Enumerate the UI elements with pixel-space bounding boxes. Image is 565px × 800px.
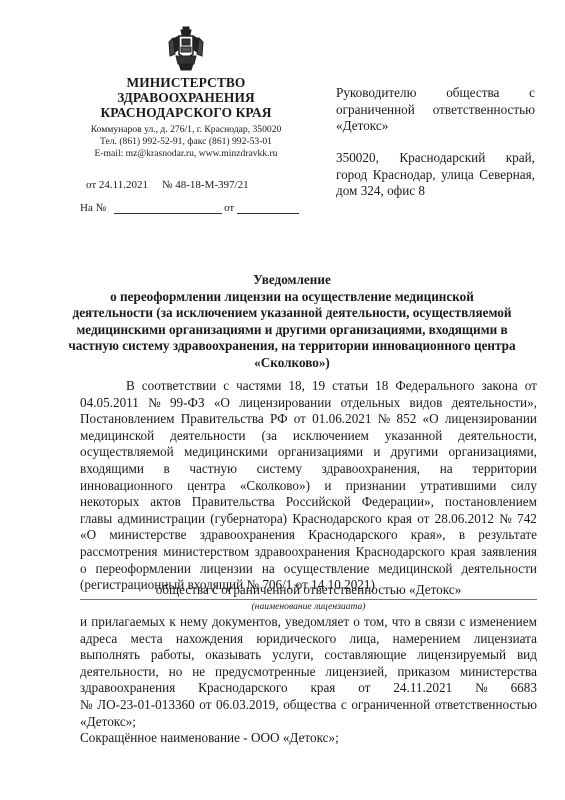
word: Федерации»,: [362, 494, 434, 511]
word: №: [499, 511, 512, 528]
recipient-block: Руководителю общества с ограниченной отв…: [336, 85, 535, 135]
text-line: Всоответствиисчастями18,19статьи18Федера…: [80, 378, 537, 395]
word: город: [336, 167, 367, 184]
word: 742: [517, 511, 537, 528]
word: Правительства: [181, 411, 264, 428]
text-line: рассмотренияминистерствомздравоохранения…: [80, 544, 537, 561]
word: дом 324, офис 8: [336, 183, 425, 198]
word: Краснодарского: [292, 511, 381, 528]
word: прилагаемых: [91, 614, 165, 631]
word: №: [475, 680, 488, 697]
word: лицензиата: [474, 631, 537, 648]
word: с: [529, 85, 535, 102]
body-paragraph-2: иприлагаемыхкнемудокументов,уведомляетот…: [80, 614, 537, 747]
word: не: [192, 664, 205, 681]
word: систему: [257, 461, 302, 478]
ministry-line: ЗДРАВООХРАНЕНИЯ: [62, 91, 310, 106]
word: о: [353, 614, 360, 631]
word: Краснодарского: [356, 544, 445, 561]
word: ЛО-23-01-013360: [97, 697, 195, 714]
word: услуги,: [272, 647, 313, 664]
word: 99-ФЗ: [170, 395, 205, 412]
word: «О: [214, 395, 230, 412]
word: главы: [80, 511, 112, 528]
word: (за: [262, 428, 277, 445]
word: Краснодарский: [399, 150, 485, 167]
word: здравоохранения,: [322, 461, 421, 478]
word: улица: [441, 167, 474, 184]
word: Правительства: [192, 494, 275, 511]
text-line: здравоохраненияКраснодарскогокраяот24.11…: [80, 680, 537, 697]
word: места: [130, 631, 162, 648]
text-line: адресаместанахожденияюридическоголица,на…: [80, 631, 537, 648]
word: рассмотрения: [80, 544, 157, 561]
word: от: [294, 411, 306, 428]
outgoing-date: от 24.11.2021: [86, 179, 148, 191]
word: отдельных: [341, 395, 401, 412]
recipient-line: Руководителю общества с: [336, 85, 535, 102]
word: лицензируемый: [417, 647, 506, 664]
title-line: «Сколково»): [62, 355, 522, 372]
word: деятельности: [461, 561, 537, 578]
address-line: 350020, Краснодарский край,: [336, 150, 535, 167]
word: частную: [189, 461, 237, 478]
word: 28.06.2012: [435, 511, 494, 528]
word: ограниченной: [336, 102, 415, 119]
ministry-name: МИНИСТЕРСТВО ЗДРАВООХРАНЕНИЯ КРАСНОДАРСК…: [62, 76, 310, 120]
word: с: [459, 614, 465, 631]
word: лицензией,: [325, 664, 387, 681]
word: Сокращённое наименование - ООО «Детокс»;: [80, 730, 339, 747]
title-line: медицинскими организациями и другими орг…: [62, 322, 522, 339]
word: связи: [425, 614, 455, 631]
word: инновационного: [80, 478, 173, 495]
text-line: ПостановлениемПравительстваРФот01.06.202…: [80, 411, 537, 428]
word: администрации: [118, 511, 205, 528]
word: изменением: [469, 614, 537, 631]
text-line: деятельности,нонепредусмотренныелицензие…: [80, 664, 537, 681]
word: здравоохранения: [255, 544, 350, 561]
word: ограниченной: [351, 697, 430, 714]
word: с: [341, 697, 347, 714]
word: 19: [312, 378, 325, 395]
word: 01.06.2021: [312, 411, 371, 428]
body-paragraph-1: Всоответствиисчастями18,19статьи18Федера…: [80, 378, 537, 594]
word: 350020,: [336, 150, 379, 167]
word: края: [310, 680, 335, 697]
text-line: «ОминистерствездравоохраненияКраснодарск…: [80, 527, 537, 544]
word: края»,: [411, 527, 446, 544]
text-line: входящимивчастнуюсистемуздравоохранения,…: [80, 461, 537, 478]
word: от: [199, 697, 211, 714]
word: здравоохранения: [200, 527, 295, 544]
word: медицинской: [80, 428, 154, 445]
word: территории: [472, 461, 537, 478]
word: ответственностью: [433, 102, 535, 119]
notice-heading: Уведомление: [62, 272, 522, 289]
company-name: «Детокс»: [336, 118, 388, 133]
word: нему: [180, 614, 208, 631]
word: деятельности»,: [452, 395, 537, 412]
word: признании: [346, 478, 406, 495]
word: исключением: [293, 428, 369, 445]
word: министерстве: [109, 527, 186, 544]
word: края: [387, 511, 412, 528]
word: 04.05.2011: [80, 395, 139, 412]
word: но: [169, 664, 183, 681]
address-line: город Краснодар, улица Северная,: [336, 167, 535, 184]
word: и: [80, 614, 87, 631]
word: министерства: [460, 664, 537, 681]
word: края: [451, 544, 476, 561]
word: указанной: [385, 428, 442, 445]
word: Постановлением: [80, 411, 175, 428]
title-line: о переоформлении лицензии на осуществлен…: [62, 289, 522, 306]
word: работы,: [151, 647, 195, 664]
word: постановлением: [445, 494, 537, 511]
word: лицензировании: [239, 395, 331, 412]
text-line: иприлагаемыхкнемудокументов,уведомляетот…: [80, 614, 537, 631]
word: Краснодарского: [198, 680, 287, 697]
ref-from-label: от: [224, 202, 234, 214]
title-line: деятельности (за исключением указанной д…: [62, 305, 522, 322]
ministry-contacts: Коммунаров ул., д. 276/1, г. Краснодар, …: [62, 124, 310, 160]
address-line: дом 324, офис 8: [336, 183, 535, 200]
word: уведомляет: [285, 614, 349, 631]
word: край,: [506, 150, 535, 167]
word: №: [80, 697, 93, 714]
word: организациями: [278, 444, 363, 461]
word: том,: [364, 614, 388, 631]
word: другими: [391, 444, 439, 461]
word: некоторых: [80, 494, 139, 511]
word: утратившими: [420, 478, 496, 495]
word: РФ: [270, 411, 288, 428]
word: здравоохранения: [80, 680, 175, 697]
word: Федерального: [395, 378, 474, 395]
text-line: Сокращённое наименование - ООО «Детокс»;: [80, 730, 537, 747]
word: статьи: [332, 378, 368, 395]
notice-title: Уведомление о переоформлении лицензии на…: [62, 272, 522, 372]
text-line: главыадминистрации(губернатора)Краснодар…: [80, 511, 537, 528]
word: Российской: [286, 494, 351, 511]
ref-date-blank: [237, 202, 299, 214]
text-line: №ЛО-23-01-013360от06.03.2019,обществасог…: [80, 697, 537, 714]
word: на: [440, 461, 453, 478]
recipient-address: 350020, Краснодарский край, город Красно…: [336, 150, 535, 200]
word: выполнять: [80, 647, 140, 664]
text-line: инновационногоцентра«Сколково»)ипризнани…: [80, 478, 537, 495]
word: в: [459, 527, 465, 544]
outgoing-reference: от 24.11.2021№ 48-18-М-397/21: [86, 179, 249, 191]
word: соответствии: [142, 378, 217, 395]
word: частями: [236, 378, 281, 395]
title-line: частную систему здравоохранения, на терр…: [62, 338, 522, 355]
word: медицинскими: [184, 444, 268, 461]
word: общества: [446, 85, 499, 102]
word: лицензии: [200, 561, 253, 578]
word: В: [126, 378, 135, 395]
word: и: [324, 478, 331, 495]
phone-line: Тел. (861) 992-52-91, факс (861) 992-53-…: [62, 136, 310, 148]
word: переоформлении: [96, 561, 191, 578]
word: адреса: [80, 631, 117, 648]
word: деятельности: [170, 428, 246, 445]
word: Краснодарского: [308, 527, 397, 544]
word: «Детокс»;: [80, 714, 136, 731]
word: на: [262, 561, 275, 578]
word: Руководителю: [336, 85, 416, 102]
word: 6683: [511, 680, 537, 697]
word: силу: [511, 478, 537, 495]
incoming-reference: На № от: [80, 202, 299, 214]
word: составляющие: [324, 647, 406, 664]
word: Краснодар,: [373, 167, 436, 184]
ministry-line: МИНИСТЕРСТВО: [62, 76, 310, 91]
word: в: [415, 614, 421, 631]
word: осуществляемой: [80, 444, 174, 461]
word: центра: [187, 478, 225, 495]
recipient-line: ограниченной ответственностью: [336, 102, 535, 119]
word: предусмотренные: [215, 664, 315, 681]
word: лица,: [350, 631, 380, 648]
word: 852: [397, 411, 417, 428]
licensee-name: общества с ограниченной ответственностью…: [80, 582, 537, 600]
word: деятельности,: [458, 428, 537, 445]
word: намерением: [393, 631, 461, 648]
ref-number-label: На №: [80, 202, 106, 214]
word: и: [373, 444, 380, 461]
word: №: [378, 411, 391, 428]
word: юридического: [256, 631, 336, 648]
word: от: [417, 511, 429, 528]
word: 06.03.2019,: [216, 697, 279, 714]
word: вид: [517, 647, 537, 664]
word: с: [223, 378, 229, 395]
word: 24.11.2021: [393, 680, 452, 697]
outgoing-number: № 48-18-М-397/21: [162, 179, 249, 191]
word: актов: [150, 494, 181, 511]
krasnodar-coat-of-arms-icon: [167, 26, 205, 72]
word: документов,: [212, 614, 281, 631]
word: от: [525, 378, 537, 395]
word: общества: [283, 697, 336, 714]
word: 18: [375, 378, 388, 395]
word: заявления: [481, 544, 537, 561]
text-line: 04.05.2011№99-ФЗ«Олицензированииотдельны…: [80, 395, 537, 412]
word: №: [148, 395, 161, 412]
word: организациями,: [448, 444, 537, 461]
text-line: «Детокс»;: [80, 714, 537, 731]
word: «Сколково»): [240, 478, 310, 495]
word: медицинской: [378, 561, 452, 578]
ministry-line: КРАСНОДАРСКОГО КРАЯ: [62, 106, 310, 121]
word: министерством: [163, 544, 249, 561]
text-line: некоторыхактовПравительстваРоссийскойФед…: [80, 494, 537, 511]
word: о: [80, 561, 87, 578]
word: (губернатора): [210, 511, 287, 528]
word: «О: [423, 411, 439, 428]
word: лицензировании: [445, 411, 537, 428]
word: видов: [410, 395, 443, 412]
word: осуществление: [284, 561, 370, 578]
word: закона: [481, 378, 517, 395]
word: входящими: [80, 461, 144, 478]
word: деятельности,: [80, 664, 159, 681]
word: к: [169, 614, 175, 631]
word: 18,: [288, 378, 304, 395]
text-line: опереоформлениилицензиинаосуществлениеме…: [80, 561, 537, 578]
licensee-caption: (наименование лицензиата): [80, 601, 537, 612]
word: оказывать: [205, 647, 261, 664]
text-line: выполнятьработы,оказыватьуслуги,составля…: [80, 647, 537, 664]
text-line: медицинскойдеятельности(заисключениемука…: [80, 428, 537, 445]
address-line: Коммунаров ул., д. 276/1, г. Краснодар, …: [62, 124, 310, 136]
recipient-line: «Детокс»: [336, 118, 535, 135]
text-line: осуществляемоймедицинскимиорганизациямии…: [80, 444, 537, 461]
ref-number-blank: [114, 202, 222, 214]
word: от: [358, 680, 370, 697]
email-line: E-mail: mz@krasnodar.ru, www.minzdravkk.…: [62, 148, 310, 160]
word: ответственностью: [435, 697, 537, 714]
word: нахождения: [176, 631, 243, 648]
word: в: [164, 461, 170, 478]
word: приказом: [397, 664, 450, 681]
word: результате: [478, 527, 537, 544]
word: что: [392, 614, 411, 631]
word: Северная,: [479, 167, 535, 184]
word: «О: [80, 527, 96, 544]
